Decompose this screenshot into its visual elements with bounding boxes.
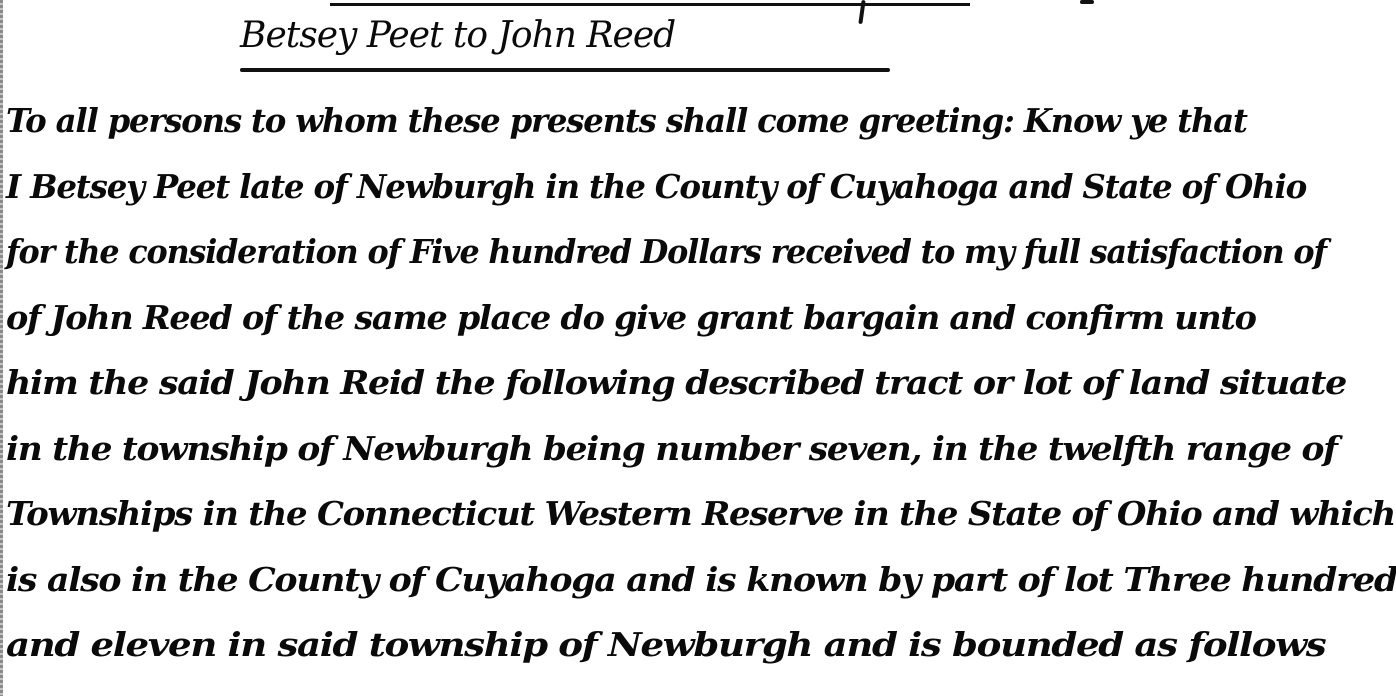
deed-line: I Betsey Peet late of Newburgh in the Co… xyxy=(6,162,1372,228)
deed-line: for the consideration of Five hundred Do… xyxy=(6,227,1343,293)
deed-body: To all persons to whom these presents sh… xyxy=(6,96,1396,686)
deed-page: Betsey Peet to John Reed To all persons … xyxy=(0,0,1396,696)
deed-line: To all persons to whom these presents sh… xyxy=(6,96,1367,162)
deed-line: of John Reed of the same place do give g… xyxy=(6,293,1396,359)
deed-heading: Betsey Peet to John Reed xyxy=(240,18,675,54)
deed-line: and eleven in said township of Newburgh … xyxy=(6,620,1396,686)
scan-edge xyxy=(0,0,3,696)
top-pen-mark xyxy=(1080,0,1094,4)
top-rule-line xyxy=(330,3,970,6)
heading-underline xyxy=(240,68,890,72)
deed-line: him the said John Reid the following des… xyxy=(6,358,1396,424)
deed-line: in the township of Newburgh being number… xyxy=(6,424,1396,490)
deed-line: Townships in the Connecticut Western Res… xyxy=(6,489,1396,555)
deed-line: is also in the County of Cuyahoga and is… xyxy=(6,555,1396,621)
